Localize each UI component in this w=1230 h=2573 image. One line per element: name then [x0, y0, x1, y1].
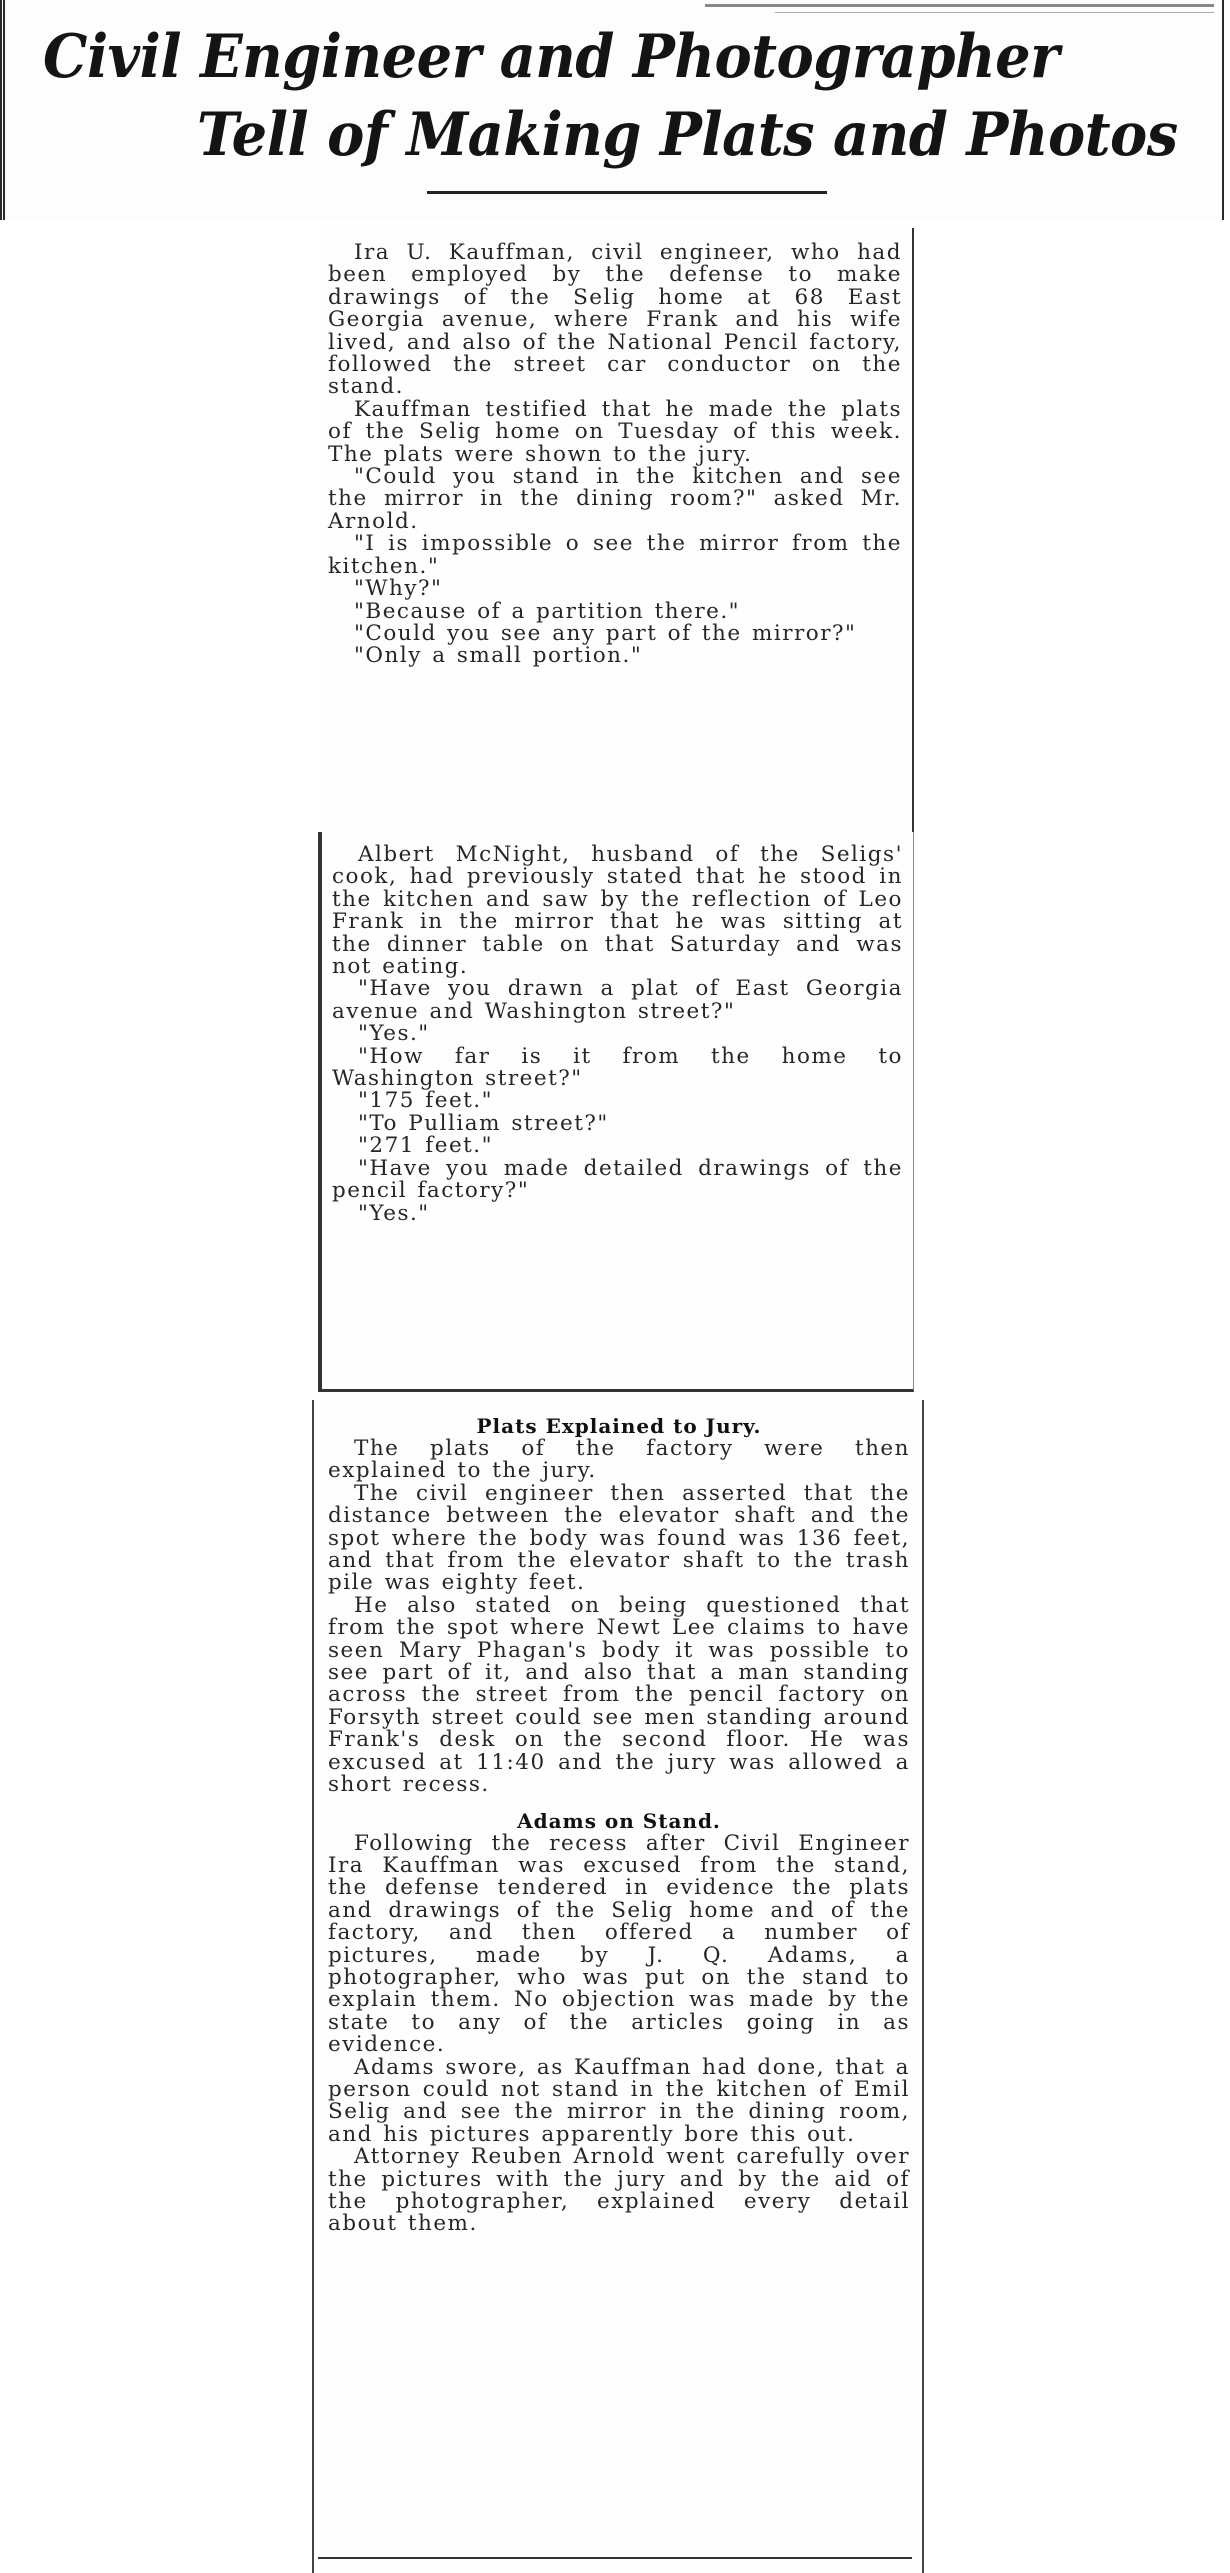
paragraph: "Because of a partition there." — [318, 601, 912, 623]
paragraph: Attorney Reuben Arnold went carefully ov… — [314, 2146, 922, 2236]
paragraph: "I is impossible o see the mirror from t… — [318, 533, 912, 578]
paragraph: "271 feet." — [322, 1135, 913, 1157]
article-clip-1: Ira U. Kauffman, civil engineer, who had… — [318, 228, 914, 838]
bottom-rule — [318, 2557, 912, 2559]
headline-line-2: Tell of Making Plats and Photos — [197, 100, 1178, 170]
headline-line-1: Civil Engineer and Photographer — [43, 22, 1059, 92]
paragraph: "Could you see any part of the mirror?" — [318, 623, 912, 645]
paragraph: Following the recess after Civil Enginee… — [314, 1833, 922, 2057]
subhead-adams-on-stand: Adams on Stand. — [314, 1809, 922, 1833]
paragraph: "Only a small portion." — [318, 645, 912, 667]
headline-block: Civil Engineer and Photographer Tell of … — [0, 0, 1224, 220]
paragraph: Kauffman testified that he made the plat… — [318, 399, 912, 466]
subhead-plats-explained: Plats Explained to Jury. — [314, 1414, 922, 1438]
paragraph: "175 feet." — [322, 1090, 913, 1112]
paragraph: "To Pulliam street?" — [322, 1113, 913, 1135]
paragraph: "Yes." — [322, 1023, 913, 1045]
paragraph: Albert McNight, husband of the Seligs' c… — [322, 844, 913, 978]
paragraph: Ira U. Kauffman, civil engineer, who had… — [318, 242, 912, 399]
paragraph: "Could you stand in the kitchen and see … — [318, 466, 912, 533]
paragraph: Adams swore, as Kauffman had done, that … — [314, 2057, 922, 2147]
paragraph: He also stated on being questioned that … — [314, 1595, 922, 1797]
article-clip-3: Plats Explained to Jury. The plats of th… — [312, 1400, 924, 2573]
paragraph: "How far is it from the home to Washingt… — [322, 1046, 913, 1091]
article-clip-2: Albert McNight, husband of the Seligs' c… — [318, 832, 914, 1392]
headline-divider — [427, 191, 827, 194]
paragraph: The civil engineer then asserted that th… — [314, 1483, 922, 1595]
paragraph: The plats of the factory were then expla… — [314, 1438, 922, 1483]
top-rule — [705, 4, 1214, 7]
top-rule-thin — [775, 12, 1214, 13]
paragraph: "Have you made detailed drawings of the … — [322, 1158, 913, 1203]
paragraph: "Yes." — [322, 1203, 913, 1225]
paragraph: "Have you drawn a plat of East Georgia a… — [322, 978, 913, 1023]
paragraph: "Why?" — [318, 578, 912, 600]
